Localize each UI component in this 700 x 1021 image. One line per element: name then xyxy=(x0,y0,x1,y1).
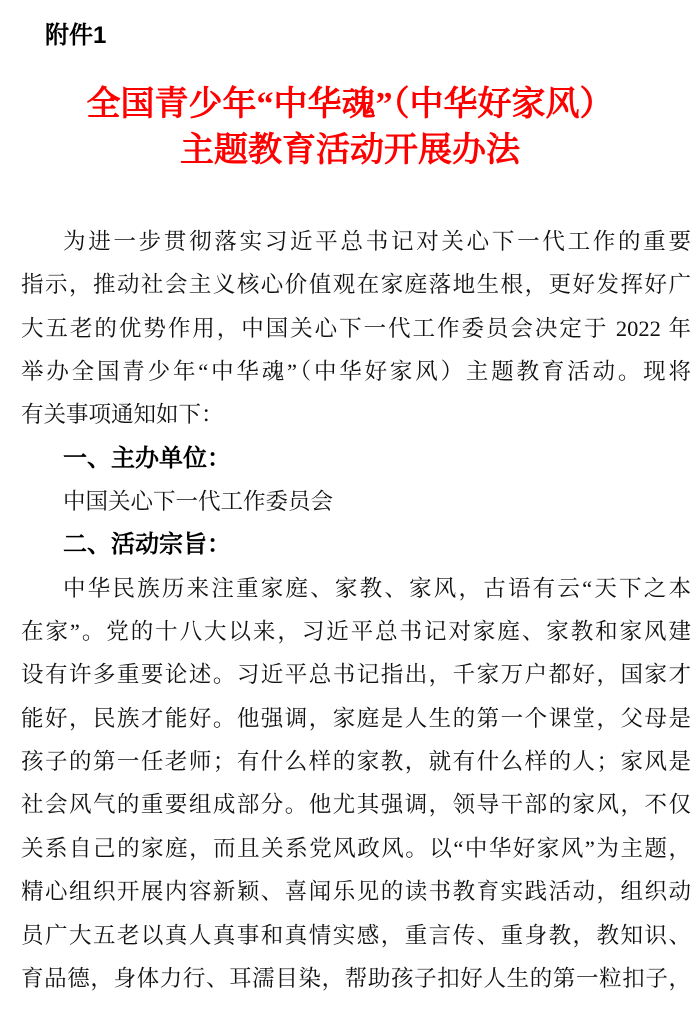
document-title-line-1: 全国青少年“中华魂”（中华好家风） xyxy=(0,82,700,128)
text-line: 社会风气的重要组成部分。他尤其强调，领导干部的家风，不仅 xyxy=(21,783,691,826)
text-line: 有关事项通知如下： xyxy=(21,393,691,436)
text-line: 能好，民族才能好。他强调，家庭是人生的第一个课堂，父母是 xyxy=(21,697,691,740)
text-line: 关系自己的家庭，而且关系党风政风。以“中华好家风”为主题， xyxy=(21,827,691,870)
document-title: 全国青少年“中华魂”（中华好家风） 主题教育活动开展办法 xyxy=(0,82,700,174)
text-line: 指示，推动社会主义核心价值观在家庭落地生根，更好发挥好广 xyxy=(21,263,691,306)
text-line: 为进一步贯彻落实习近平总书记对关心下一代工作的重要 xyxy=(21,220,691,263)
text-line: 孩子的第一任老师；有什么样的家教，就有什么样的人；家风是 xyxy=(21,740,691,783)
text-line: 举办全国青少年“中华魂”（中华好家风）主题教育活动。现将 xyxy=(21,350,691,393)
text-line: 员广大五老以真人真事和真情实感，重言传、重身教，教知识、 xyxy=(21,914,691,957)
text-line: 在家”。党的十八大以来，习近平总书记对家庭、家教和家风建 xyxy=(21,610,691,653)
document-body: 为进一步贯彻落实习近平总书记对关心下一代工作的重要指示，推动社会主义核心价值观在… xyxy=(21,220,691,1000)
text-line: 设有许多重要论述。习近平总书记指出，千家万户都好，国家才 xyxy=(21,653,691,696)
text-line: 育品德，身体力行、耳濡目染，帮助孩子扣好人生的第一粒扣子， xyxy=(21,957,691,1000)
text-line: 大五老的优势作用，中国关心下一代工作委员会决定于 2022 年 xyxy=(21,307,691,350)
document-page: 附件1 全国青少年“中华魂”（中华好家风） 主题教育活动开展办法 为进一步贯彻落… xyxy=(0,0,700,1021)
attachment-label: 附件1 xyxy=(45,20,700,52)
text-line: 中国关心下一代工作委员会 xyxy=(21,480,691,523)
text-line: 中华民族历来注重家庭、家教、家风，古语有云“天下之本 xyxy=(21,567,691,610)
text-line: 精心组织开展内容新颖、喜闻乐见的读书教育实践活动，组织动 xyxy=(21,870,691,913)
document-title-line-2: 主题教育活动开展办法 xyxy=(0,128,700,174)
section-heading-line: 一、主办单位： xyxy=(21,437,691,480)
section-heading-line: 二、活动宗旨： xyxy=(21,523,691,566)
